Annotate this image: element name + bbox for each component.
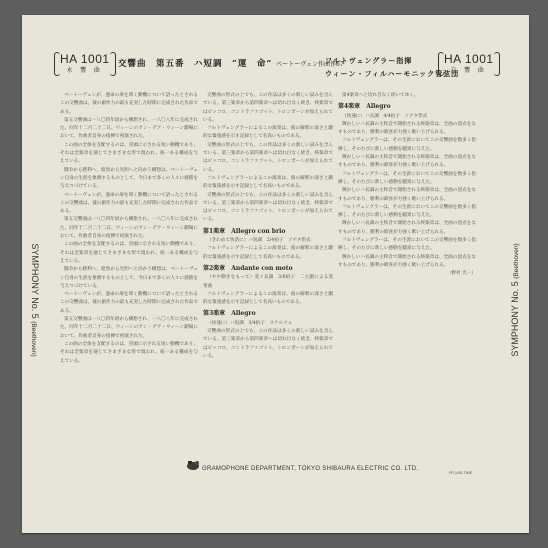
catalog-number: HA 1001 xyxy=(444,52,494,66)
conductor: フルトヴェングラー指揮 xyxy=(325,56,412,66)
movement-heading-3: 第3楽章 Allegro xyxy=(203,310,333,318)
paragraph: 輝かしいハ長調の主和音で開始される終楽章は、全曲の頂点をなすものであり、勝利の歓… xyxy=(338,187,476,204)
paragraph: 第五交響曲は一八〇四年頃から構想され、一八〇八年に完成された。同年十二月二十二日… xyxy=(60,316,198,341)
paragraph: 第五交響曲は一八〇四年頃から構想され、一八〇八年に完成された。同年十二月二十二日… xyxy=(60,117,198,142)
paragraph: 輝かしいハ長調の主和音で開始される終楽章は、全曲の頂点をなすものであり、勝利の歓… xyxy=(338,154,476,171)
spine-text-right: SYMPHONY No. 5 (Beethoven) xyxy=(510,243,520,356)
movement-desc: （快速に）ハ長調 4/4拍子 ソナタ形式 xyxy=(338,113,476,121)
company-footer: GRAMOPHONE DEPARTMENT, TOKYO SHIBAURA EL… xyxy=(202,466,418,472)
liner-notes-column-2: 交響曲の形式の上でも、この作品は多くの新しい試みを含んでいる。第三楽章から第四楽… xyxy=(203,92,333,452)
paragraph: 交響曲の形式の上でも、この作品は多くの新しい試みを含んでいる。第三楽章から第四楽… xyxy=(203,92,333,125)
paragraph: 交響曲の形式の上でも、この作品は多くの新しい試みを含んでいる。第三楽章から第四楽… xyxy=(203,142,333,175)
movement-desc: （快速に）ハ短調 3/4拍子 スケルツォ xyxy=(203,320,333,328)
movement-tempo: Allegro con brio xyxy=(231,228,285,235)
paragraph: 第五交響曲は一八〇四年頃から構想され、一八〇八年に完成された。同年十二月二十二日… xyxy=(60,216,198,241)
catalog-number: HA 1001 xyxy=(60,52,110,66)
paragraph: フルトヴェングラーは、その生涯においてこの交響曲を数多く指揮し、そのたびに新しい… xyxy=(338,171,476,188)
movement-label: 第3楽章 xyxy=(203,310,225,317)
spine-title: SYMPHONY No. 5 xyxy=(30,243,40,318)
paragraph: 輝かしいハ長調の主和音で開始される終楽章は、全曲の頂点をなすものであり、勝利の歓… xyxy=(338,220,476,237)
paragraph: フルトヴェングラーによるこの演奏は、彼の解釈の深さと劇的な緊張感を示す記録として… xyxy=(203,291,333,308)
movement-desc: （きわめて快活に）ハ短調 2/4拍子 ソナタ形式 xyxy=(203,237,333,245)
movement-label: 第2楽章 xyxy=(203,265,225,272)
movement-tempo: Allegro xyxy=(366,103,390,110)
paragraph: フルトヴェングラーは、その生涯においてこの交響曲を数多く指揮し、そのたびに新しい… xyxy=(338,237,476,254)
spine-composer: (Beethoven) xyxy=(30,321,37,356)
liner-notes-column-3: 第4楽章へと切れ目なく続いてゆく。 第4楽章 Allegro （快速に）ハ長調 … xyxy=(338,92,476,452)
spine-text-left: SYMPHONY No. 5 (Beethoven) xyxy=(30,243,40,356)
author-signature: （野村 光一） xyxy=(338,270,476,278)
movement-heading-2: 第2楽章 Andante con moto xyxy=(203,265,333,273)
catalog-number-left: HA 1001 永 響 曲 xyxy=(60,52,110,74)
paragraph: フルトヴェングラーは、その生涯においてこの交響曲を数多く指揮し、そのたびに新しい… xyxy=(338,137,476,154)
movement-desc: （やや動きをもって）変イ長調 3/8拍子 二主題による変奏曲 xyxy=(203,274,333,291)
movement-heading-4: 第4楽章 Allegro xyxy=(338,103,476,111)
catalog-number-right: HA 1001 交 響 曲 xyxy=(444,52,494,74)
paragraph: ベートーヴェンが、運命の扉を叩く動機について語ったとされるこの交響曲は、彼の創作… xyxy=(60,291,198,316)
paragraph: フルトヴェングラーによるこの演奏は、彼の解釈の深さと劇的な緊張感を示す記録として… xyxy=(203,175,333,192)
spine-title: SYMPHONY No. 5 xyxy=(510,281,520,356)
paragraph: フルトヴェングラーによるこの演奏は、彼の解釈の深さと劇的な緊張感を示す記録として… xyxy=(203,245,333,262)
movement-tempo: Andante con moto xyxy=(231,265,292,272)
movement-tempo: Allegro xyxy=(231,310,255,317)
paragraph: この曲の全体を支配するのは、冒頭に示される短い動機であり、それは全楽章を通じてさ… xyxy=(60,341,198,366)
his-masters-voice-logo-icon xyxy=(185,459,201,471)
movement-label: 第1楽章 xyxy=(203,228,225,235)
work-title: 交響曲 第五番 ハ短調 “運 命”ベートーヴェン作曲作67 xyxy=(118,57,344,69)
paragraph: 輝かしいハ長調の主和音で開始される終楽章は、全曲の頂点をなすものであり、勝利の歓… xyxy=(338,254,476,271)
paragraph: 闘争から勝利へ、暗黒から光明へと向かう構想は、ベートーヴェン自身の生涯を象徴する… xyxy=(60,266,198,291)
title-text: 交響曲 第五番 ハ短調 “運 命” xyxy=(118,59,272,69)
paragraph: フルトヴェングラーは、その生涯においてこの交響曲を数多く指揮し、そのたびに新しい… xyxy=(338,204,476,221)
paragraph: 輝かしいハ長調の主和音で開始される終楽章は、全曲の頂点をなすものであり、勝利の歓… xyxy=(338,121,476,138)
catalog-sublabel: 交 響 曲 xyxy=(444,65,494,74)
paragraph: 第4楽章へと切れ目なく続いてゆく。 xyxy=(338,92,476,100)
paragraph: この曲の全体を支配するのは、冒頭に示される短い動機であり、それは全楽章を通じてさ… xyxy=(60,142,198,167)
paragraph: この曲の全体を支配するのは、冒頭に示される短い動機であり、それは全楽章を通じてさ… xyxy=(60,241,198,266)
catalog-code: PR-1001 TIME xyxy=(449,471,472,475)
paragraph: 交響曲の形式の上でも、この作品は多くの新しい試みを含んでいる。第三楽章から第四楽… xyxy=(203,328,333,361)
paragraph: ベートーヴェンが、運命の扉を叩く動機について語ったとされるこの交響曲は、彼の創作… xyxy=(60,192,198,217)
catalog-sublabel: 永 響 曲 xyxy=(60,65,110,74)
paragraph: 闘争から勝利へ、暗黒から光明へと向かう構想は、ベートーヴェン自身の生涯を象徴する… xyxy=(60,167,198,192)
movement-label: 第4楽章 xyxy=(338,103,360,110)
movement-heading-1: 第1楽章 Allegro con brio xyxy=(203,228,333,236)
paragraph: フルトヴェングラーによるこの演奏は、彼の解釈の深さと劇的な緊張感を示す記録として… xyxy=(203,125,333,142)
spine-composer: (Beethoven) xyxy=(513,243,520,278)
paragraph: ベートーヴェンが、運命の扉を叩く動機について語ったとされるこの交響曲は、彼の創作… xyxy=(60,92,198,117)
liner-notes-column-1: ベートーヴェンが、運命の扉を叩く動機について語ったとされるこの交響曲は、彼の創作… xyxy=(60,92,198,452)
paragraph: 交響曲の形式の上でも、この作品は多くの新しい試みを含んでいる。第三楽章から第四楽… xyxy=(203,192,333,225)
